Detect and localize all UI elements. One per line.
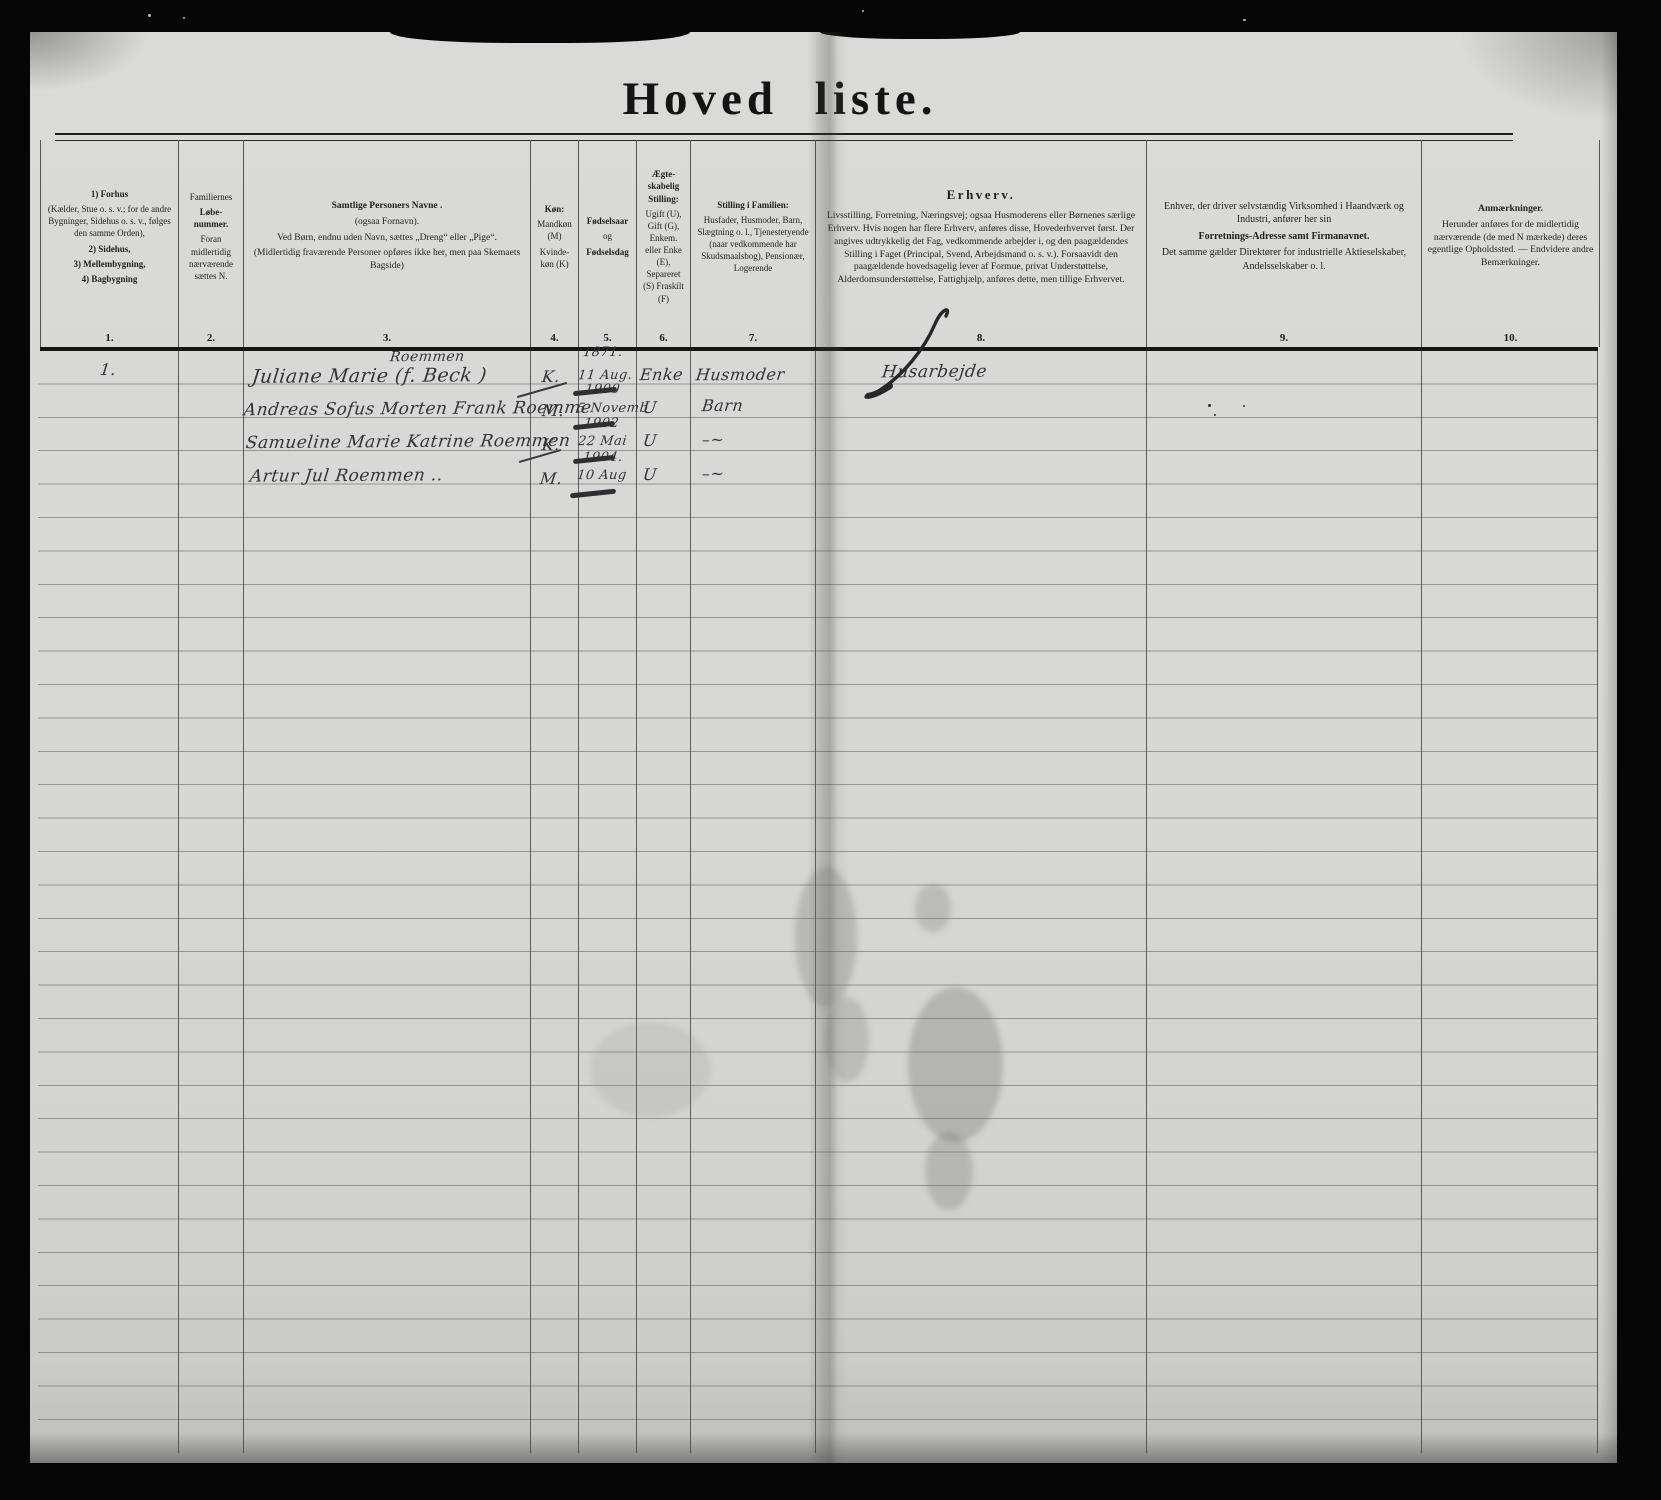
- ink-dot: [1208, 404, 1211, 407]
- entry-name: Artur Jul Roemmen ..: [249, 465, 444, 486]
- column-header-remarks: Anmærkninger.Herunder anføres for de mid…: [1422, 140, 1599, 347]
- column-line: [578, 351, 579, 1453]
- entry-sex: M.: [539, 469, 564, 488]
- ink-stain: [795, 867, 857, 1007]
- scan-speck: [183, 17, 185, 19]
- census-form-page: Hoved liste. 1) Forhus(Kælder, Stue o. s…: [30, 32, 1617, 1463]
- column-header-text: Stilling i Familien:Husfader, Husmoder, …: [691, 140, 815, 347]
- entry-birth-date: 5 Novemb: [576, 401, 649, 416]
- entry-marital-status: U: [642, 431, 658, 450]
- entry-family-position: Barn: [701, 396, 744, 415]
- ink-stain: [908, 987, 1003, 1142]
- column-line: [1146, 351, 1147, 1453]
- scan-border-irregularity: [390, 32, 690, 43]
- column-header-family-position: Stilling i Familien:Husfader, Husmoder, …: [691, 140, 816, 347]
- entry-birth-year: 1871.: [582, 345, 623, 360]
- ink-stain: [825, 997, 869, 1082]
- column-number: 10.: [1422, 332, 1599, 344]
- column-header-family-number: FamiliernesLøbe-nummer.Foran midlertidig…: [179, 140, 244, 347]
- scan-speck: [1243, 19, 1246, 21]
- entry-family-position: –~: [701, 464, 726, 483]
- column-header-names: Samtlige Personers Navne .(ogsaa Fornavn…: [244, 140, 531, 347]
- column-header-text: Anmærkninger.Herunder anføres for de mid…: [1422, 140, 1599, 347]
- scan-border-irregularity: [820, 32, 1020, 39]
- column-line: [243, 351, 244, 1453]
- column-number: 4.: [531, 332, 578, 344]
- column-header-business-address: Enhver, der driver selvstændig Virksomhe…: [1147, 140, 1422, 347]
- column-header-marital-status: Ægte-skabelig Stilling:Ugift (U), Gift (…: [637, 140, 691, 347]
- column-header-text: 1) Forhus(Kælder, Stue o. s. v.; for de …: [41, 140, 178, 347]
- page-edge-shadow: [1601, 32, 1617, 1463]
- ink-stain: [915, 884, 951, 932]
- scanned-census-screenshot: { "page": { "title": "Hoved liste." }, "…: [0, 0, 1661, 1500]
- column-line: [1597, 351, 1598, 1453]
- ink-stain: [925, 1132, 973, 1210]
- entry-birth-date: 22 Mai: [577, 434, 628, 449]
- ink-dot: [1243, 405, 1245, 407]
- entry-marital-status: U: [642, 398, 658, 417]
- column-header-text: Køn:Mandkøn (M)Kvinde-køn (K): [531, 140, 578, 347]
- book-fold-shadow: [808, 32, 848, 1463]
- column-line: [690, 351, 691, 1453]
- entry-name: Juliane Marie (f. Beck ): [251, 364, 488, 388]
- entry-marital-status: Enke: [639, 365, 684, 384]
- column-header-building: 1) Forhus(Kælder, Stue o. s. v.; for de …: [41, 140, 179, 347]
- entry-sex: M.: [541, 401, 566, 420]
- column-header-birth: FødselsaarogFødselsdag 5.: [579, 140, 637, 347]
- column-number: 5.: [579, 332, 636, 344]
- column-line: [1421, 351, 1422, 1453]
- entry-birth-date: 10 Aug: [576, 468, 628, 483]
- ink-dot: [1214, 414, 1216, 416]
- column-number: 7.: [691, 332, 815, 344]
- scan-speck: [148, 14, 151, 17]
- entry-house-number: 1.: [99, 360, 117, 379]
- column-header-text: Samtlige Personers Navne .(ogsaa Fornavn…: [244, 140, 530, 347]
- entry-family-position: –~: [701, 430, 726, 449]
- entry-name: Samueline Marie Katrine Roemmen: [245, 431, 572, 453]
- ink-stain: [590, 1022, 710, 1117]
- page-edge-shadow: [30, 1433, 1617, 1463]
- column-line: [636, 351, 637, 1453]
- column-header-text: Enhver, der driver selvstændig Virksomhe…: [1147, 140, 1421, 347]
- column-number: 3.: [244, 332, 530, 344]
- entry-marital-status: U: [642, 465, 658, 484]
- column-number: 2.: [179, 332, 243, 344]
- column-header-text: Ægte-skabelig Stilling:Ugift (U), Gift (…: [637, 140, 690, 347]
- column-header-sex: Køn:Mandkøn (M)Kvinde-køn (K) 4.: [531, 140, 579, 347]
- column-number: 6.: [637, 332, 690, 344]
- column-number: 9.: [1147, 332, 1421, 344]
- entry-family-position: Husmoder: [695, 365, 786, 385]
- column-header-text: FødselsaarogFødselsdag: [579, 140, 636, 347]
- page-title: Hoved liste.: [30, 72, 1530, 126]
- column-number: 1.: [41, 332, 178, 344]
- entry-surname-above: Roemmen: [389, 349, 466, 366]
- scan-speck: [862, 10, 864, 12]
- column-header-text: FamiliernesLøbe-nummer.Foran midlertidig…: [179, 140, 243, 347]
- entry-birth-date: 11 Aug.: [577, 368, 633, 383]
- pen-flourish: [850, 302, 970, 412]
- column-line: [178, 351, 179, 1453]
- column-line: [530, 351, 531, 1453]
